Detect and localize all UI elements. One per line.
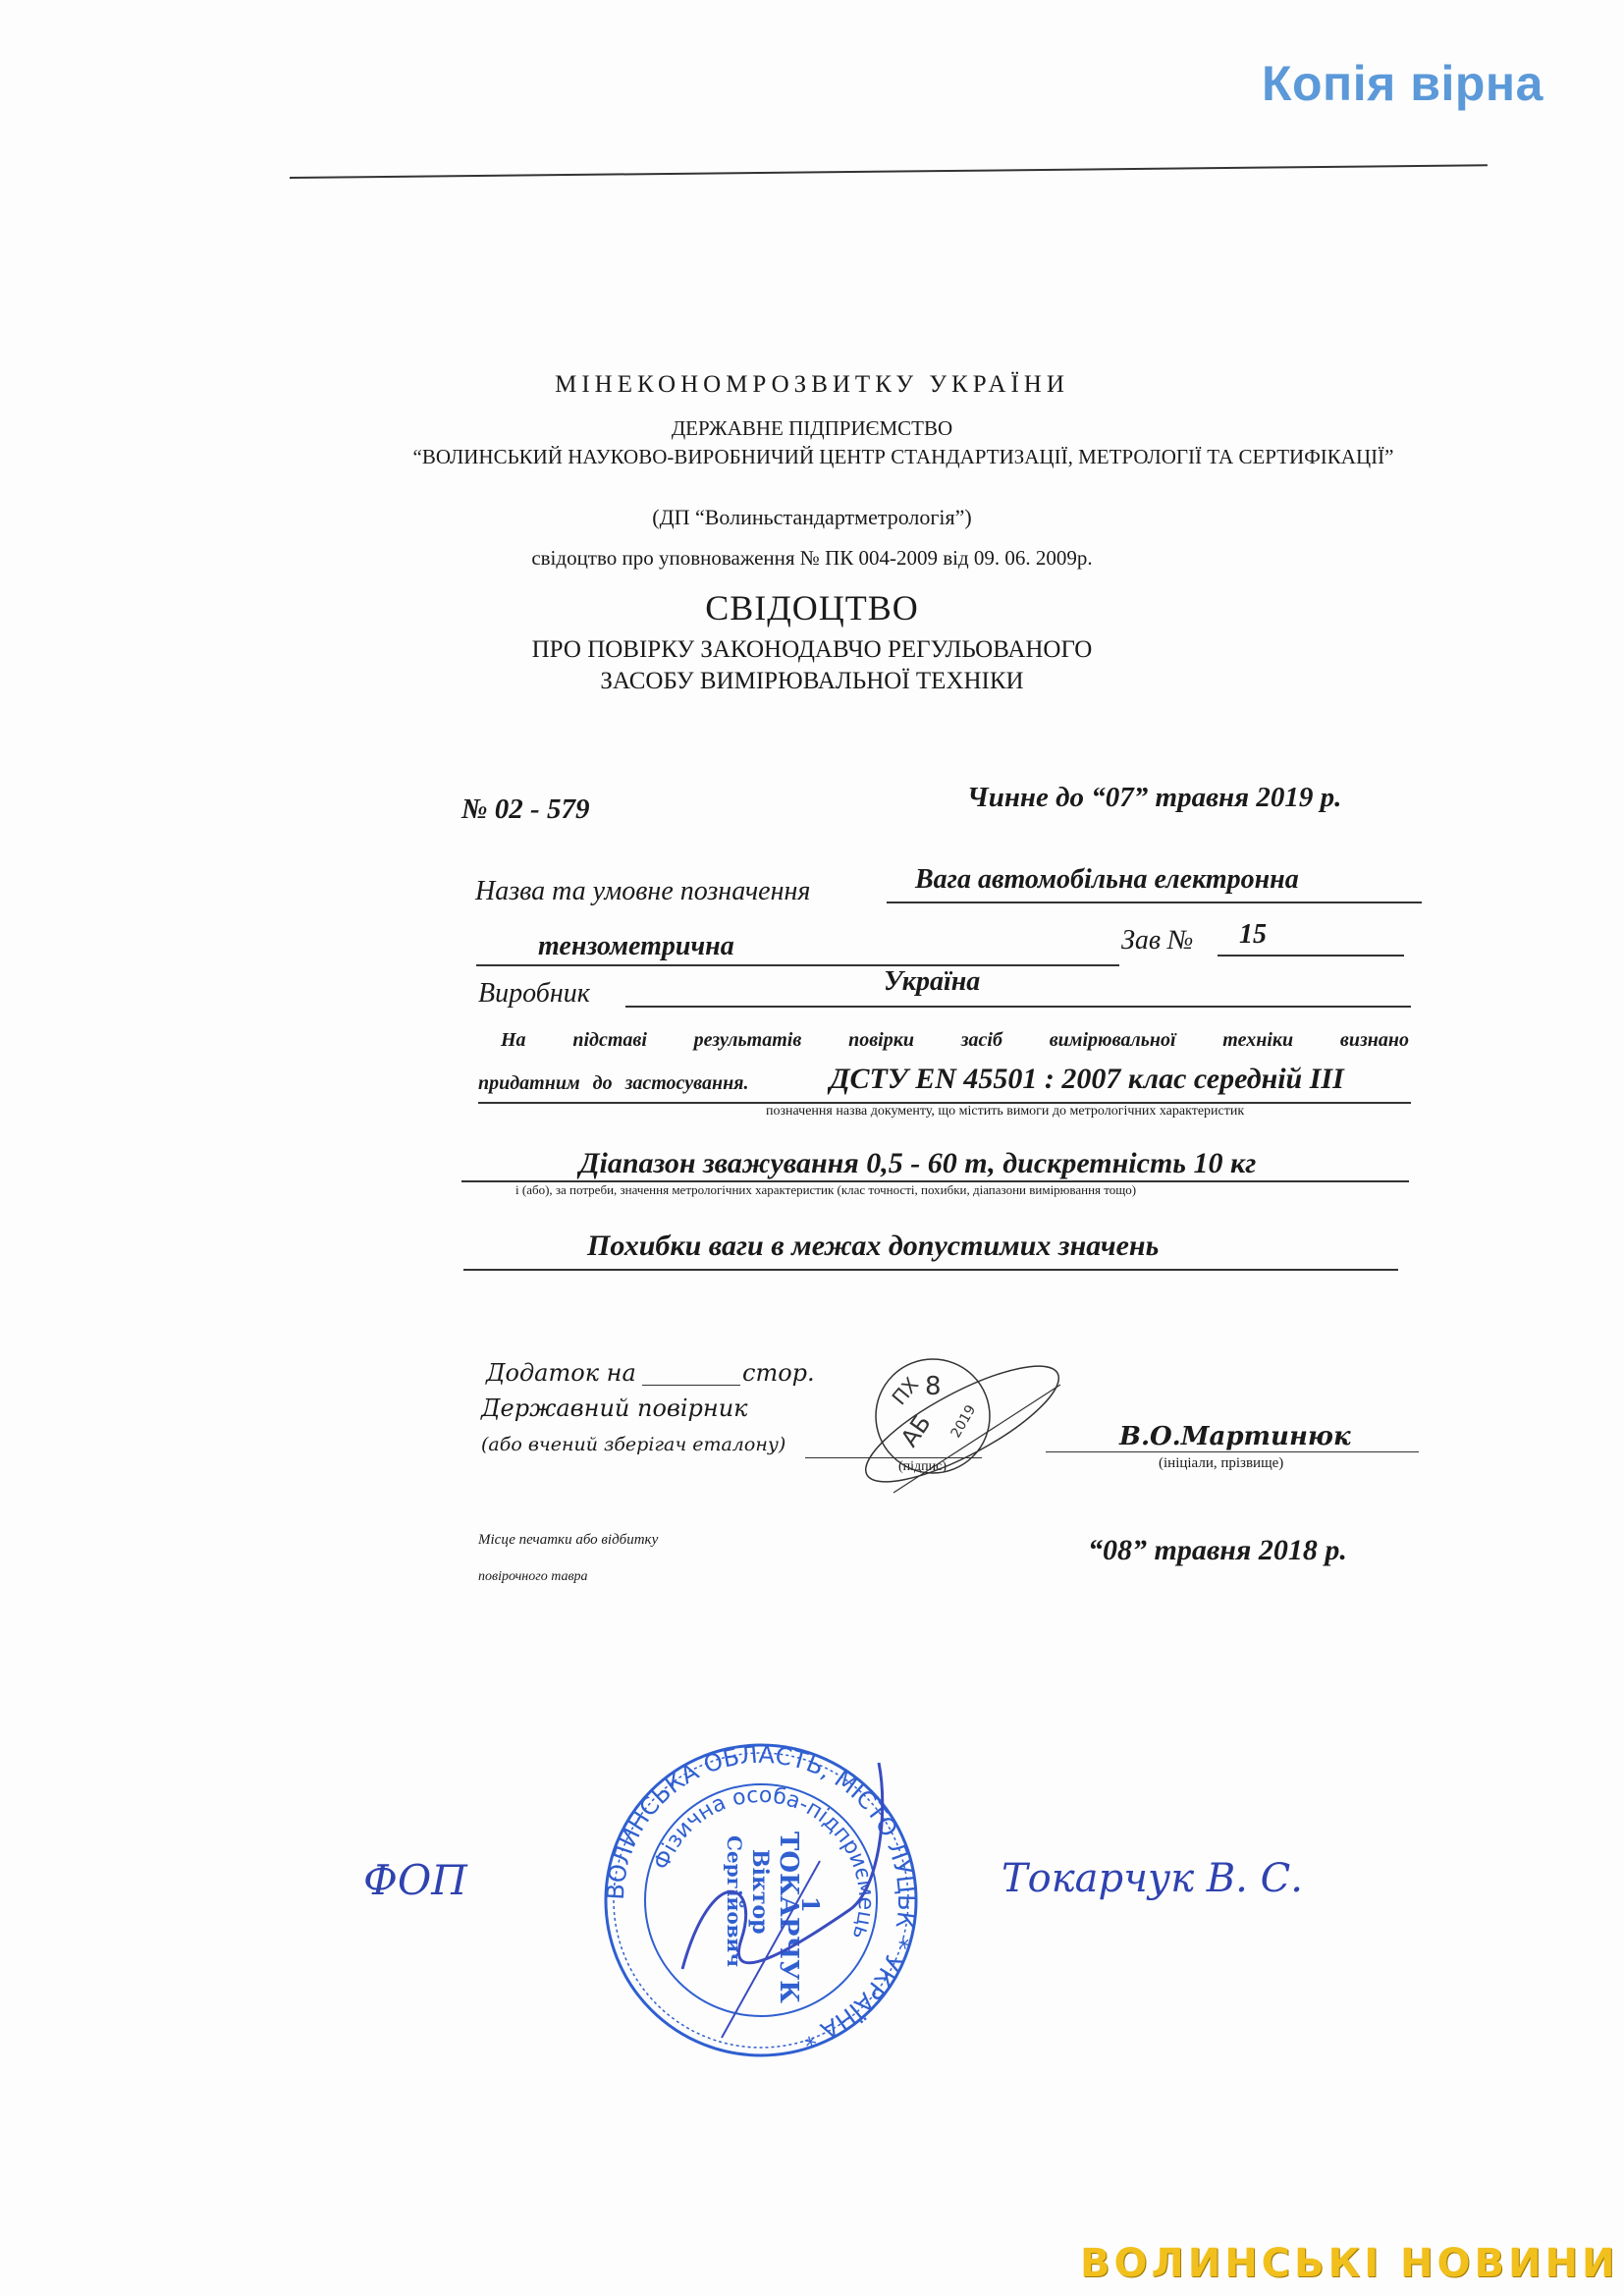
name-caption: (ініціали, прізвище) [1159, 1455, 1283, 1472]
appendix-pages-line [642, 1385, 740, 1386]
manufacturer-value: Україна [884, 966, 980, 998]
appendix-suffix: стор. [742, 1359, 815, 1387]
standard-caption: позначення назва документу, що містить в… [766, 1104, 1244, 1120]
svg-text:8: 8 [925, 1372, 942, 1401]
name-value-2: тензометрична [538, 931, 734, 962]
seal-place-label-1: Місце печатки або відбитку [478, 1532, 658, 1549]
verifier-mark-stamp-icon: ПХ 8 АБ 2019 [864, 1345, 1080, 1503]
verifier-sublabel: (або вчений зберігач еталону) [481, 1434, 785, 1455]
top-divider [290, 164, 1488, 179]
brand-watermark: ВОЛИНСЬКІ НОВИНИ [1080, 2241, 1618, 2286]
range-value: Діапазон зважування 0,5 - 60 т, дискретн… [579, 1147, 1256, 1180]
svg-text:ПХ: ПХ [887, 1373, 923, 1410]
name-signature-line [1046, 1451, 1419, 1452]
manufacturer-line [625, 1006, 1411, 1008]
enterprise-name: “ВОЛИНСЬКИЙ НАУКОВО-ВИРОБНИЧИЙ ЦЕНТР СТА… [412, 442, 1394, 471]
certificate-number: № 02 - 579 [461, 793, 589, 826]
errors-line [463, 1269, 1398, 1271]
enterprise-type: ДЕРЖАВНЕ ПІДПРИЄМСТВО [0, 416, 1624, 441]
ministry-heading: МІНЕКОНОМРОЗВИТКУ УКРАЇНИ [0, 371, 1624, 399]
serial-label: Зав № [1121, 925, 1193, 957]
svg-text:1: 1 [796, 1896, 825, 1913]
svg-text:2019: 2019 [948, 1402, 980, 1441]
manufacturer-label: Виробник [478, 978, 590, 1010]
range-caption: і (або), за потреби, значення метрологіч… [515, 1182, 1136, 1198]
seal-place-label-2: повірочного тавра [478, 1569, 588, 1585]
issue-date: “08” травня 2018 р. [1088, 1534, 1347, 1567]
round-seal-icon: ВОЛИНСЬКА ОБЛАСТЬ, МІСТО ЛУЦЬК * УКРАЇНА… [594, 1743, 928, 2057]
name-line-1 [887, 902, 1422, 903]
document-subtitle-1: ПРО ПОВІРКУ ЗАКОНОДАВЧО РЕГУЛЬОВАНОГО [0, 636, 1624, 664]
valid-until: Чинне до “07” травня 2019 р. [967, 782, 1341, 814]
document-title: СВІДОЦТВО [0, 587, 1624, 629]
document-subtitle-2: ЗАСОБУ ВИМІРЮВАЛЬНОЇ ТЕХНІКИ [0, 668, 1624, 695]
appendix-label: Додаток на [486, 1359, 636, 1387]
copy-certified-stamp: Копія вірна [1262, 55, 1543, 112]
standard-value: ДСТУ EN 45501 : 2007 клас середній III [830, 1063, 1344, 1096]
verifier-label: Державний повірник [481, 1394, 748, 1422]
name-line-2 [476, 964, 1119, 966]
svg-text:Віктор: Віктор [747, 1849, 773, 1935]
errors-value: Похибки ваги в межах допустимих значень [587, 1230, 1159, 1263]
handwritten-signature: Токарчук В. С. [1001, 1856, 1303, 1901]
serial-value: 15 [1239, 919, 1267, 951]
verifier-name: В.О.Мартинюк [1119, 1422, 1351, 1451]
authority-certificate: свідоцтво про уповноваження № ПК 004-200… [0, 546, 1624, 571]
handwritten-fop: ФОП [363, 1856, 467, 1904]
enterprise-short-name: (ДП “Волиньстандартметрологія”) [0, 505, 1624, 530]
svg-text:АБ: АБ [895, 1409, 937, 1451]
conclusion-line-2: придатним до застосування. [478, 1072, 748, 1095]
name-value-1: Вага автомобільна електронна [915, 864, 1299, 896]
serial-line [1218, 955, 1404, 957]
name-label: Назва та умовне позначення [475, 876, 810, 907]
conclusion-line-1: На підставі результатів повірки засіб ви… [501, 1029, 1409, 1052]
